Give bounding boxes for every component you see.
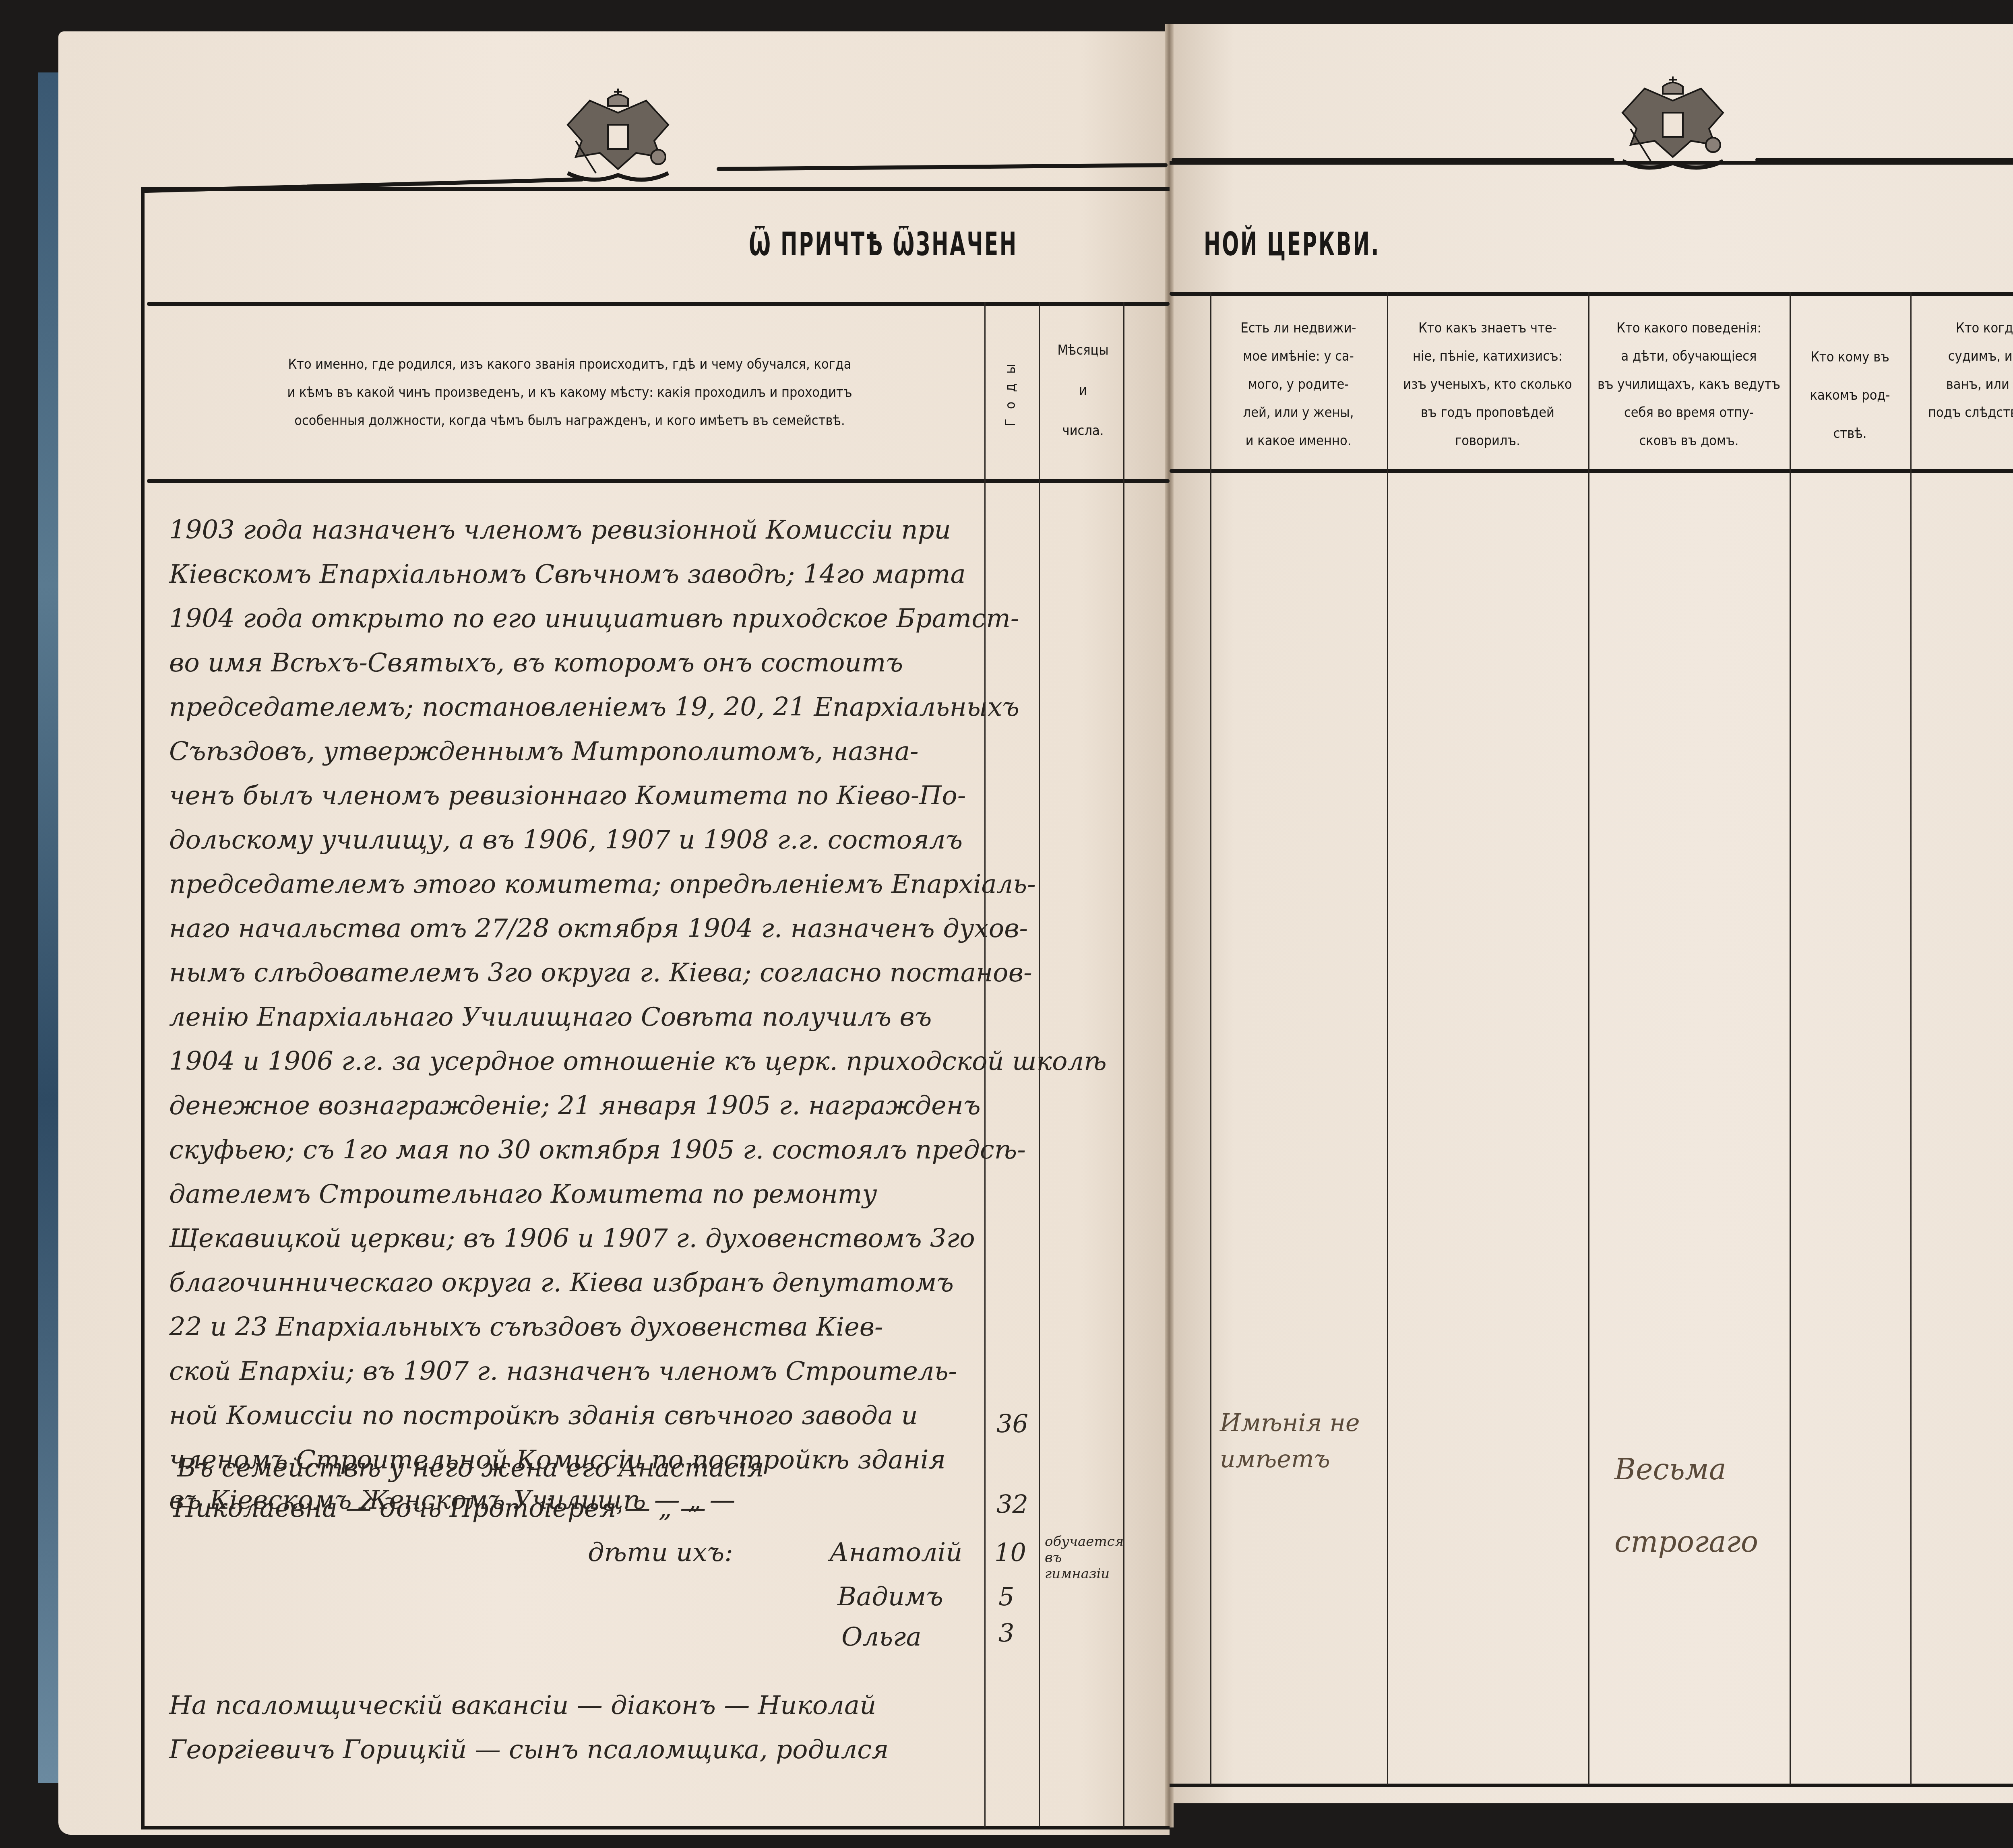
- column-header-months: Мѣсяцы и числа.: [1043, 330, 1123, 451]
- child-name: Анатолій: [829, 1538, 962, 1567]
- child-name: Вадимъ: [837, 1582, 943, 1612]
- header-top-rule: [1170, 292, 2013, 296]
- child-name: Ольга: [841, 1622, 922, 1652]
- entry-line: ской Епархіи; въ 1907 г. назначенъ члено…: [169, 1357, 957, 1386]
- next-entry-line: Георгіевичъ Горицкій — сынъ псаломщика, …: [169, 1735, 889, 1765]
- child-note: обучается въ гимназіи: [1045, 1534, 1121, 1582]
- column-header-years: Годы: [1002, 350, 1019, 431]
- behavior-entry: Весьма строгаго: [1614, 1433, 1784, 1578]
- entry-line: дольскому училищу, а въ 1906, 1907 и 190…: [169, 825, 963, 855]
- entry-line: Съѣздовъ, утвержденнымъ Митрополитомъ, н…: [169, 737, 919, 766]
- column-header-court: Кто когда за что былъ судимъ, и чѣмъ штр…: [1912, 314, 2013, 427]
- entry-line: дателемъ Строительнаго Комитета по ремон…: [169, 1179, 877, 1209]
- child-age: 10: [994, 1538, 1026, 1567]
- header-bottom-rule: [1170, 469, 2013, 473]
- column-header-relations: Кто кому въ какомъ род- ствѣ.: [1792, 338, 1908, 453]
- page-title-right: НОЙ ЦЕРКВИ.: [1204, 225, 1380, 263]
- entry-line: ленію Епархіальнаго Училищнаго Совѣта по…: [169, 1002, 932, 1032]
- wife-age: 32: [996, 1489, 1028, 1519]
- column-rule: [1910, 292, 1912, 1785]
- entry-line: председателемъ; постановленіемъ 19, 20, …: [169, 692, 1019, 722]
- column-header-literacy: Кто какъ знаетъ чте- ніе, пѣніе, катихиз…: [1389, 314, 1586, 455]
- entry-line: Кіевскомъ Епархіальномъ Свѣчномъ заводѣ;…: [169, 560, 966, 589]
- column-header-property: Есть ли недвижи- мое имѣніе: у са- мого,…: [1212, 314, 1385, 455]
- entry-line: во имя Всѣхъ-Святыхъ, въ которомъ онъ со…: [169, 648, 903, 678]
- entry-line: скуфьею; съ 1го мая по 30 октября 1905 г…: [169, 1135, 1026, 1165]
- column-rule: [1387, 292, 1388, 1785]
- priest-age: 36: [996, 1409, 1028, 1438]
- child-age: 3: [998, 1618, 1014, 1648]
- entry-line: председателемъ этого комитета; опредѣлен…: [169, 869, 1036, 899]
- children-label: дѣти ихъ:: [588, 1538, 733, 1567]
- column-rule: [1790, 292, 1791, 1785]
- header-top-rule: [147, 302, 1170, 306]
- header-bottom-rule: [147, 479, 1170, 483]
- entry-line: нымъ слѣдователемъ 3го округа г. Кіева; …: [169, 958, 1032, 988]
- column-header-biography: Кто именно, где родился, изъ какого зван…: [169, 350, 970, 435]
- column-rule: [1588, 292, 1589, 1785]
- next-entry-line: На псаломщическій вакансіи — діаконъ — Н…: [169, 1691, 876, 1720]
- entry-line: благочинническаго округа г. Кіева избран…: [169, 1268, 954, 1298]
- entry-line: 22 и 23 Епархіальныхъ съѣздовъ духовенст…: [169, 1312, 883, 1342]
- child-age: 5: [998, 1582, 1014, 1611]
- column-rule: [1123, 302, 1124, 1827]
- property-entry: Имѣнія не имѣетъ: [1220, 1405, 1381, 1477]
- entry-line: ченъ былъ членомъ ревизіоннаго Комитета …: [169, 781, 966, 811]
- column-header-behavior: Кто какого поведенія: а дѣти, обучающіес…: [1590, 314, 1788, 455]
- page-title-left: Ѿ ПРИЧТѢ ѾЗНАЧЕН: [749, 225, 1018, 263]
- ornamental-rule: [1172, 158, 1614, 162]
- column-rule: [1210, 292, 1211, 1785]
- entry-line: 1904 года открыто по его инициативѣ прих…: [169, 604, 1019, 634]
- ornamental-rule: [1755, 158, 2013, 162]
- entry-line: ной Комиссіи по постройкѣ зданія свѣчног…: [169, 1401, 918, 1431]
- family-intro: Въ семействѣ у него жена его Анастасія: [177, 1453, 764, 1483]
- entry-line: Щекавицкой церкви; въ 1906 и 1907 г. дух…: [169, 1224, 975, 1253]
- entry-line: денежное вознагражденіе; 21 января 1905 …: [169, 1091, 981, 1121]
- entry-line: 1904 и 1906 г.г. за усердное отношеніе к…: [169, 1047, 1107, 1076]
- family-wife: Николаевна — дочь Протоіерея — „ —: [173, 1493, 706, 1523]
- entry-line: 1903 года назначенъ членомъ ревизіонной …: [169, 515, 951, 545]
- entry-line: наго начальства отъ 27/28 октября 1904 г…: [169, 914, 1028, 944]
